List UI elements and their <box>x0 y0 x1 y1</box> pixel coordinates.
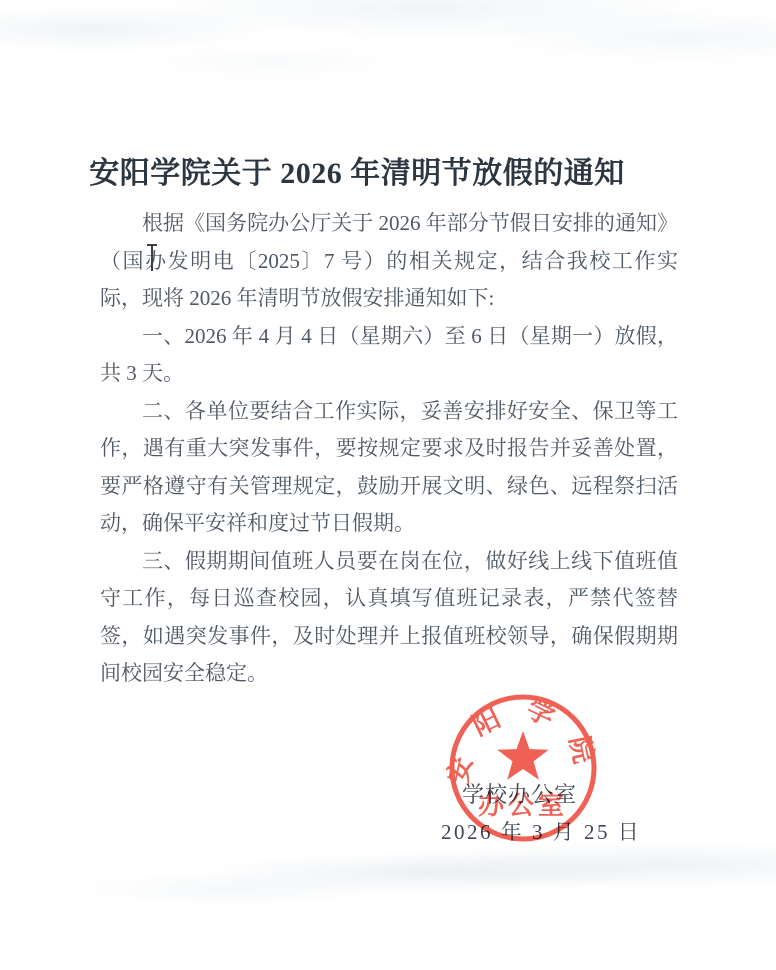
paragraph-basis: 根据《国务院办公厅关于 2026 年部分节假日安排的通知》（国办发明电〔2025… <box>100 205 678 318</box>
document-title: 安阳学院关于 2026 年清明节放假的通知 <box>0 148 714 192</box>
document-body: 根据《国务院办公厅关于 2026 年部分节假日安排的通知》（国办发明电〔2025… <box>100 205 678 693</box>
scan-noise-bottom <box>0 845 776 925</box>
signature-department: 学校办公室 <box>462 778 577 809</box>
signature-date: 2026 年 3 月 25 日 <box>441 816 641 846</box>
paragraph-item-2: 二、各单位要结合工作实际，妥善安排好安全、保卫等工作，遇有重大突发事件，要按规定… <box>100 393 678 543</box>
scan-noise-top <box>0 0 776 105</box>
seal-arc-text: 安阳学院 <box>446 693 600 786</box>
paragraph-item-1: 一、2026 年 4 月 4 日（星期六）至 6 日（星期一）放假，共 3 天。 <box>100 318 678 393</box>
seal-star-icon <box>497 731 548 780</box>
text-cursor-icon <box>144 242 160 279</box>
document-page: 安阳学院关于 2026 年清明节放假的通知 根据《国务院办公厅关于 2026 年… <box>0 0 776 970</box>
paragraph-item-3: 三、假期期间值班人员要在岗在位，做好线上线下值班值守工作，每日巡查校园，认真填写… <box>100 543 678 693</box>
